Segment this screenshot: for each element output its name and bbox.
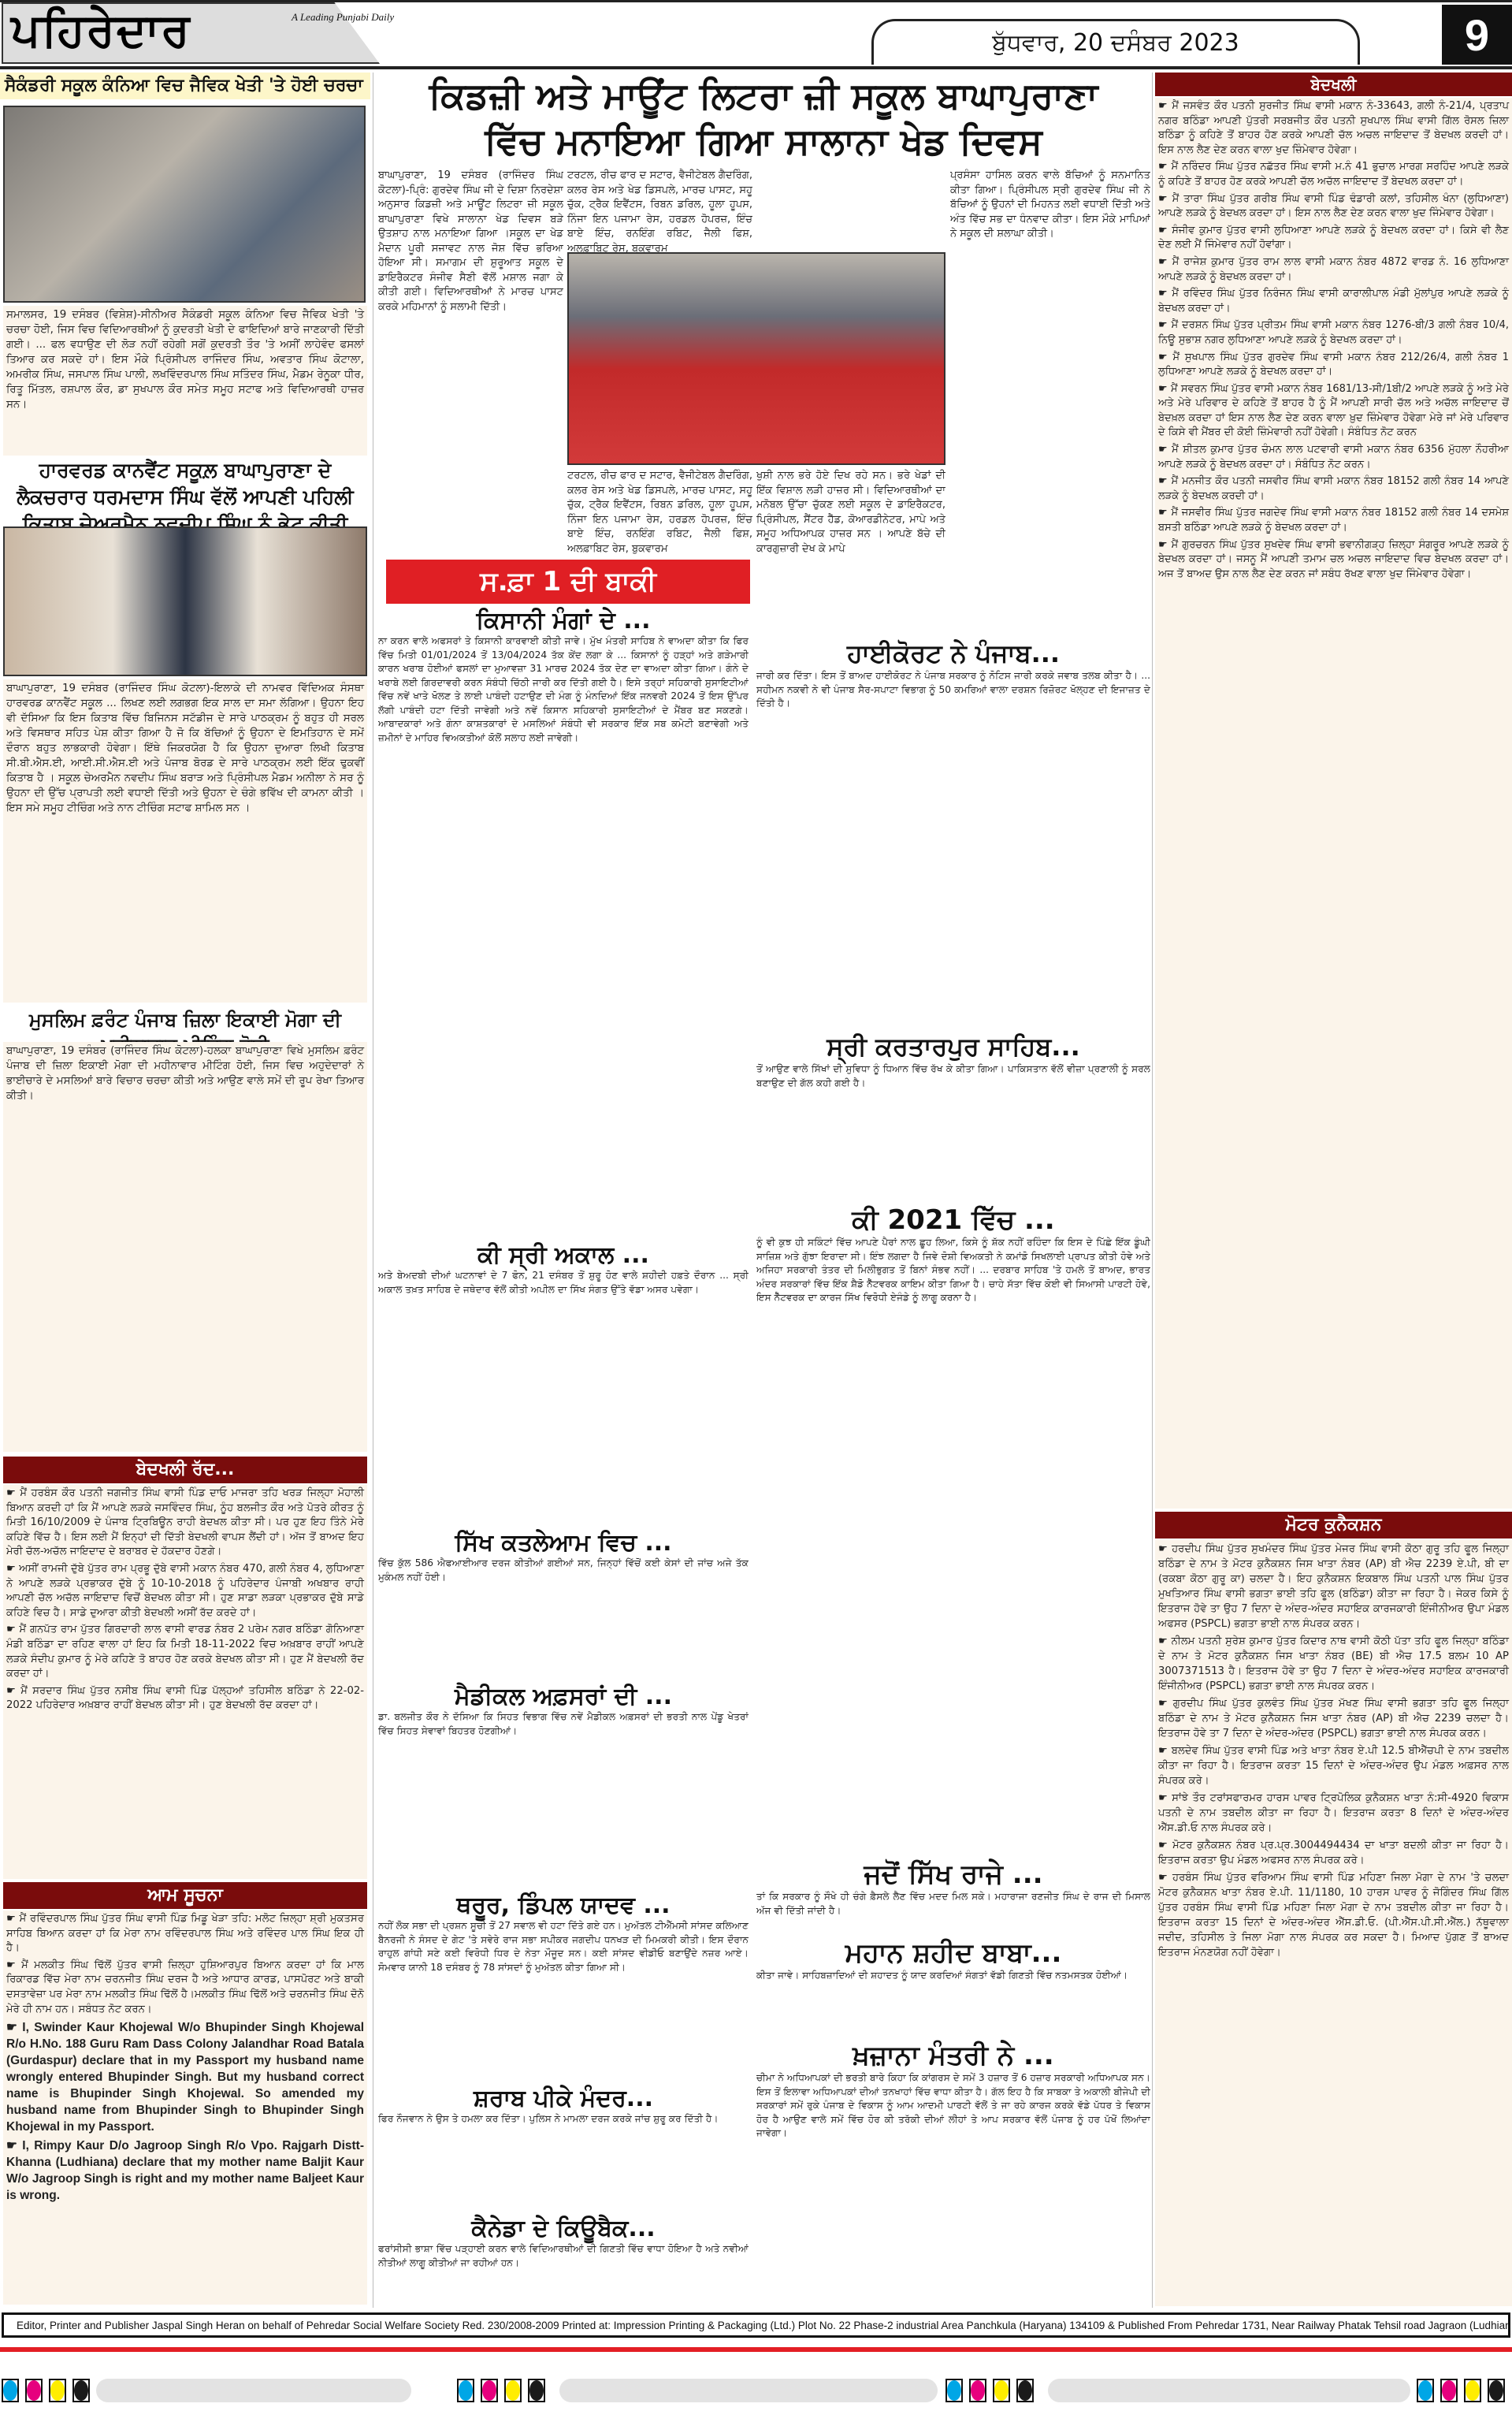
issue-date: ਬੁੱਧਵਾਰ, 20 ਦਸੰਬਰ 2023 bbox=[871, 19, 1360, 65]
continued-stories-col3: ਹਾਈਕੋਰਟ ਨੇ ਪੰਜਾਬ... ਜਾਰੀ ਕਰ ਦਿੱਤਾ। ਇਸ ਤੋ… bbox=[756, 638, 1150, 2309]
yellow-swatch-icon bbox=[504, 2379, 522, 2402]
continued-body: ਤੋਂ ਆਉਣ ਵਾਲੇ ਸਿੱਖਾਂ ਦੀ ਸੁਵਿਧਾ ਨੂੰ ਧਿਆਨ ਵ… bbox=[756, 1062, 1150, 1204]
notice-item: ☛ ਗੁਰਦੀਪ ਸਿੰਘ ਪੁੱਤਰ ਕੁਲਵੰਤ ਸਿੰਘ ਪੁੱਤਰ ਮੱ… bbox=[1158, 1696, 1509, 1741]
grey-bar bbox=[96, 2379, 411, 2402]
continued-body: ਡਾ. ਬਲਜੀਤ ਕੌਰ ਨੇ ਦੱਸਿਆ ਕਿ ਸਿਹਤ ਵਿਭਾਗ ਵਿੱ… bbox=[378, 1710, 749, 1892]
notice-item: ☛ ਮੈਂ ਜਸਵੰਤ ਕੌਰ ਪਤਨੀ ਸੁਰਜੀਤ ਸਿੰਘ ਵਾਸੀ ਮਕ… bbox=[1158, 99, 1509, 158]
photo-students-group bbox=[3, 106, 366, 303]
column-divider bbox=[373, 73, 373, 2308]
story-headline: ਹਾਰਵਰਡ ਕਾਨਵੈਂਟ ਸਕੂਲ਼ ਬਾਘਾਪੁਰਾਣਾ ਦੇ ਲੈਕਚਰ… bbox=[3, 457, 367, 537]
black-swatch-icon bbox=[1488, 2379, 1505, 2402]
notice-item: ☛ ਮੈਂ ਰਵਿੰਦਰ ਸਿੰਘ ਪੁੱਤਰ ਨਿਰੰਜਨ ਸਿੰਘ ਵਾਸੀ… bbox=[1158, 287, 1509, 316]
continued-body: ਵਿੱਚ ਕੁੱਲ 586 ਐਫਆਈਆਰ ਦਰਜ ਕੀਤੀਆਂ ਗਈਆਂ ਸਨ,… bbox=[378, 1557, 749, 1683]
yellow-swatch-icon bbox=[49, 2379, 66, 2402]
continued-headline: ਕਿਸਾਨੀ ਮੰਗਾਂ ਦੇ ... bbox=[378, 607, 749, 634]
continued-body: ਨਹੀਂ ਲੋਕ ਸਭਾ ਦੀ ਪ੍ਰਸ਼ਨ ਸੂਚੀ ਤੋਂ 27 ਸਵਾਲ … bbox=[378, 1919, 749, 2085]
notice-item: ☛ ਮੈਂ ਨਰਿੰਦਰ ਸਿੰਘ ਪੁੱਤਰ ਨਛੱਤਰ ਸਿੰਘ ਵਾਸੀ … bbox=[1158, 160, 1509, 189]
magenta-swatch-icon bbox=[1440, 2379, 1458, 2402]
cyan-swatch-icon bbox=[457, 2379, 474, 2402]
section-header-aam-suchna: ਆਮ ਸੂਚਨਾ bbox=[3, 1882, 367, 1909]
story-headline: ਸੈਕੰਡਰੀ ਸਕੂਲ ਕੰਨਿਆ ਵਿਚ ਜੈਵਿਕ ਖੇਤੀ 'ਤੇ ਹੋ… bbox=[0, 73, 370, 99]
story-organic-farming-headline-bar: ਸੈਕੰਡਰੀ ਸਕੂਲ ਕੰਨਿਆ ਵਿਚ ਜੈਵਿਕ ਖੇਤੀ 'ਤੇ ਹੋ… bbox=[0, 73, 370, 101]
notices-bedakhli: ☛ ਮੈਂ ਜਸਵੰਤ ਕੌਰ ਪਤਨੀ ਸੁਰਜੀਤ ਸਿੰਘ ਵਾਸੀ ਮਕ… bbox=[1155, 98, 1512, 1509]
continued-headline: ਜਦੋਂ ਸਿੱਖ ਰਾਜੇ ... bbox=[756, 1858, 1150, 1890]
notice-item: ☛ ਹਰਦੀਪ ਸਿੰਘ ਪੁੱਤਰ ਸੁਖਮੰਦਰ ਸਿੰਘ ਪੁੱਤਰ ਮੇ… bbox=[1158, 1542, 1509, 1632]
notices-bedakhli-radd: ☛ ਮੈਂ ਹਰਬੰਸ ਕੌਰ ਪਤਨੀ ਜਗਜੀਤ ਸਿੰਘ ਵਾਸੀ ਪਿੰ… bbox=[3, 1485, 367, 1879]
cmyk-registration-marks-left bbox=[2, 2379, 411, 2402]
magenta-swatch-icon bbox=[969, 2379, 986, 2402]
notice-item: ☛ ਸੰਜੀਵ ਕੁਮਾਰ ਪੁੱਤਰ ਵਾਸੀ ਲੁਧਿਆਣਾ ਆਪਣੇ ਲੜ… bbox=[1158, 224, 1509, 253]
continued-headline: ਖ਼ਜ਼ਾਨਾ ਮੰਤਰੀ ਨੇ ... bbox=[756, 2040, 1150, 2071]
notice-item-english: ☛ I, Swinder Kaur Khojewal W/o Bhupinder… bbox=[6, 2019, 364, 2135]
notice-item: ☛ ਮੈਂ ਸਵਰਨ ਸਿੰਘ ਪੁੱਤਰ ਵਾਸੀ ਮਕਾਨ ਨੰਬਰ 168… bbox=[1158, 382, 1509, 441]
magenta-swatch-icon bbox=[481, 2379, 498, 2402]
notice-item: ☛ ਨੀਲਮ ਪਤਨੀ ਸੁਰੇਸ਼ ਕੁਮਾਰ ਪੁੱਤਰ ਕਿਦਾਰ ਨਾਥ… bbox=[1158, 1634, 1509, 1694]
story-body: ਬਾਘਾਪੁਰਾਣਾ, 19 ਦਸੰਬਰ (ਰਾਜਿੰਦਰ ਸਿੰਘ ਕੋਟਲਾ… bbox=[3, 679, 367, 1003]
continued-body: ਚੀਮਾ ਨੇ ਅਧਿਆਪਕਾਂ ਦੀ ਭਰਤੀ ਬਾਰੇ ਕਿਹਾ ਕਿ ਕਾ… bbox=[756, 2071, 1150, 2309]
notice-item: ☛ ਹਰਬੰਸ ਸਿੰਘ ਪੁੱਤਰ ਵਰਿਆਮ ਸਿੰਘ ਵਾਸੀ ਪਿੰਡ … bbox=[1158, 1870, 1509, 1960]
black-swatch-icon bbox=[528, 2379, 545, 2402]
cmyk-registration-marks-center bbox=[457, 2379, 938, 2402]
column-divider bbox=[1152, 73, 1153, 2308]
section-header-bedakhli-radd: ਬੇਦਖਲੀ ਰੱਦ... bbox=[3, 1457, 367, 1483]
black-swatch-icon bbox=[1016, 2379, 1034, 2402]
yellow-swatch-icon bbox=[1464, 2379, 1481, 2402]
cyan-swatch-icon bbox=[2, 2379, 19, 2402]
continued-headline: ਮਹਾਨ ਸ਼ਹੀਦ ਬਾਬਾ... bbox=[756, 1937, 1150, 1969]
notice-item: ☛ ਮੈਂ ਜਸਵੀਰ ਸਿੰਘ ਪੁੱਤਰ ਜਗਦੇਵ ਸਿੰਘ ਵਾਸੀ ਮ… bbox=[1158, 506, 1509, 535]
notice-item: ☛ ਮੈਂ ਮਨਜੀਤ ਕੌਰ ਪਤਨੀ ਜਸਵੀਰ ਸਿੰਘ ਵਾਸੀ ਮਕਾ… bbox=[1158, 474, 1509, 504]
notices-motor-connection: ☛ ਹਰਦੀਪ ਸਿੰਘ ਪੁੱਤਰ ਸੁਖਮੰਦਰ ਸਿੰਘ ਪੁੱਤਰ ਮੇ… bbox=[1155, 1540, 1512, 2306]
continued-body: ਕੀਤਾ ਜਾਵੇ। ਸਾਹਿਬਜ਼ਾਦਿਆਂ ਦੀ ਸ਼ਹਾਦਤ ਨੂੰ ਯਾ… bbox=[756, 1969, 1150, 2040]
tagline: A Leading Punjabi Daily bbox=[292, 11, 394, 24]
continued-body: ਅਤੇ ਬੇਅਦਬੀ ਦੀਆਂ ਘਟਨਾਵਾਂ ਦੇ 7 ਫੋਨ, 21 ਦਸੰ… bbox=[378, 1269, 749, 1529]
lead-story-column-a: ਬਾਘਾਪੁਰਾਣਾ, 19 ਦਸੰਬਰ (ਰਾਜਿੰਦਰ ਸਿੰਘ ਕੋਟਲਾ… bbox=[378, 169, 563, 468]
continued-headline: ਥਰੂਰ, ਡਿੰਪਲ ਯਾਦਵ ... bbox=[378, 1892, 749, 1919]
notice-item: ☛ ਮੈਂ ਸ਼ੀਤਲ ਕੁਮਾਰ ਪੁੱਤਰ ਚੰਮਨ ਲਾਲ ਪਟਵਾਰੀ … bbox=[1158, 443, 1509, 472]
yellow-swatch-icon bbox=[993, 2379, 1010, 2402]
section-header-motor-connection: ਮੋਟਰ ਕੁਨੈਕਸ਼ਨ bbox=[1155, 1512, 1512, 1539]
notice-item: ☛ ਮੋਟਰ ਕੁਨੈਕਸ਼ਨ ਨੰਬਰ ਪ੍ਰ.ਪ੍ਰ.3004494434 … bbox=[1158, 1838, 1509, 1868]
story-body: ਸਮਾਲਸਰ, 19 ਦਸੰਬਰ (ਵਿਸ਼ੇਸ਼)-ਸੀਨੀਅਰ ਸੈਕੰਡਰ… bbox=[3, 306, 367, 456]
notice-item: ☛ ਮੈਂ ਸੁਖਪਾਲ ਸਿੰਘ ਪੁੱਤਰ ਗੁਰਦੇਵ ਸਿੰਘ ਵਾਸੀ… bbox=[1158, 351, 1509, 380]
section-banner-page1-continued: ਸ.ਫ਼ਾ 1 ਦੀ ਬਾਕੀ bbox=[386, 560, 750, 604]
black-swatch-icon bbox=[72, 2379, 90, 2402]
continued-body: ਜਾਰੀ ਕਰ ਦਿੱਤਾ। ਇਸ ਤੋਂ ਬਾਅਦ ਹਾਈਕੋਰਟ ਨੇ ਪੰ… bbox=[756, 669, 1150, 1032]
continued-headline: ਕੈਨੇਡਾ ਦੇ ਕਿਊਬੈਕ... bbox=[378, 2215, 749, 2242]
continued-headline: ਕੀ ਸ੍ਰੀ ਅਕਾਲ ... bbox=[378, 1241, 749, 1269]
continued-body: ਨੂੰ ਵੀ ਕੁਝ ਹੀ ਸਕਿੰਟਾਂ ਵਿੱਚ ਆਪਣੇ ਪੈਰਾਂ ਨਾ… bbox=[756, 1236, 1150, 1858]
notice-item: ☛ ਮੈਂ ਗਨਪੱਤ ਰਾਮ ਪੁੱਤਰ ਗਿਰਦਾਰੀ ਲਾਲ ਵਾਸੀ ਵ… bbox=[6, 1623, 364, 1681]
notice-item: ☛ ਮੈਂ ਸਰਦਾਰ ਸਿੰਘ ਪੁੱਤਰ ਨਸੀਬ ਸਿੰਘ ਵਾਸੀ ਪਿ… bbox=[6, 1684, 364, 1713]
newspaper-logo: ਪਹਿਰੇਦਾਰ bbox=[11, 3, 191, 58]
lead-story-column-b-cont: ਟਰਟਲ, ਰੀਚ ਫਾਰ ਦ ਸਟਾਰ, ਵੈਜੀਟੇਬਲ ਗੈਦਰਿੰਗ, … bbox=[567, 469, 752, 556]
notice-item-english: ☛ I, Rimpy Kaur D/o Jagroop Singh R/o Vp… bbox=[6, 2138, 364, 2204]
notice-item: ☛ ਮੈਂ ਤਾਰਾ ਸਿੰਘ ਪੁੱਤਰ ਗਰੀਬ ਸਿੰਘ ਵਾਸੀ ਪਿੰ… bbox=[1158, 192, 1509, 221]
lead-story-column-c: ਖੁਸ਼ੀ ਨਾਲ ਭਰੇ ਹੋਏ ਦਿਖ ਰਹੇ ਸਨ। ਭਰੇ ਖੇਡਾਂ … bbox=[756, 469, 945, 556]
photo-sports-day-students bbox=[567, 252, 945, 465]
page-number: 9 bbox=[1442, 5, 1512, 65]
notice-item: ☛ ਮੈਂ ਮਲਕੀਤ ਸਿੰਘ ਢਿੱਲੋਂ ਪੁੱਤਰ ਵਾਸੀ ਜ਼ਿਲ੍… bbox=[6, 1959, 364, 2017]
story-body: ਬਾਘਾਪੁਰਾਣਾ, 19 ਦਸੰਬਰ (ਰਾਜਿੰਦਰ ਸਿੰਘ ਕੋਟਲਾ… bbox=[3, 1042, 367, 1452]
continued-stories-col2: ਕਿਸਾਨੀ ਮੰਗਾਂ ਦੇ ... ਨਾ ਕਰਨ ਵਾਲੇ ਅਫਸਰਾਂ ਤ… bbox=[378, 607, 749, 2309]
notice-item: ☛ ਸਾਂਝੇ ਤੌਰ ਟਰਾਂਸਫਾਰਮਰ ਹਾਰਸ ਪਾਵਰ ਟ੍ਰਿਪੋਲ… bbox=[1158, 1791, 1509, 1836]
continued-headline: ਕੀ 2021 ਵਿੱਚ ... bbox=[756, 1204, 1150, 1236]
notice-item: ☛ ਮੈਂ ਹਰਬੰਸ ਕੌਰ ਪਤਨੀ ਜਗਜੀਤ ਸਿੰਘ ਵਾਸੀ ਪਿੰ… bbox=[6, 1486, 364, 1560]
notice-item: ☛ ਅਸੀਂ ਰਾਮਜੀ ਦੁੱਬੇ ਪੁੱਤਰ ਰਾਮ ਪ੍ਰਭੂ ਦੁੱਬੇ… bbox=[6, 1562, 364, 1620]
notice-item: ☛ ਮੈਂ ਰਾਜੇਸ਼ ਕੁਮਾਰ ਪੁੱਤਰ ਰਾਮ ਲਾਲ ਵਾਸੀ ਮਕ… bbox=[1158, 255, 1509, 285]
continued-body: ਫਰਾਂਸੀਸੀ ਭਾਸ਼ਾ ਵਿੱਚ ਪੜ੍ਹਾਈ ਕਰਨ ਵਾਲੇ ਵਿਦਿ… bbox=[378, 2242, 749, 2290]
cmyk-registration-marks-right bbox=[945, 2379, 1505, 2402]
imprint-footer: Editor, Printer and Publisher Jaspal Sin… bbox=[2, 2312, 1510, 2338]
continued-headline: ਸ੍ਰੀ ਕਰਤਾਰਪੁਰ ਸਾਹਿਬ... bbox=[756, 1032, 1150, 1062]
grey-bar bbox=[559, 2379, 938, 2402]
grey-bar bbox=[1048, 2379, 1410, 2402]
continued-body: ਤਾਂ ਕਿ ਸਰਕਾਰ ਨੂੰ ਸੌਖੇ ਹੀ ਚੰਗੇ ਫ਼ੈਸਲੇ ਲੈਣ… bbox=[756, 1890, 1150, 1937]
photo-book-presentation bbox=[3, 526, 367, 676]
continued-headline: ਹਾਈਕੋਰਟ ਨੇ ਪੰਜਾਬ... bbox=[756, 638, 1150, 669]
magenta-swatch-icon bbox=[25, 2379, 43, 2402]
continued-headline: ਸਿੱਖ ਕਤਲੇਆਮ ਵਿਚ ... bbox=[378, 1529, 749, 1557]
notices-aam-suchna: ☛ ਮੈਂ ਰਵਿੰਦਰਪਾਲ ਸਿੰਘ ਪੁੱਤਰ ਸਿੰਘ ਵਾਸੀ ਪਿੰ… bbox=[3, 1911, 367, 2305]
continued-body: ਨਾ ਕਰਨ ਵਾਲੇ ਅਫਸਰਾਂ ਤੇ ਕਿਸਾਨੀ ਕਾਰਵਾਈ ਕੀਤੀ… bbox=[378, 634, 749, 1241]
continued-headline: ਮੈਡੀਕਲ ਅਫ਼ਸਰਾਂ ਦੀ ... bbox=[378, 1683, 749, 1710]
notice-item: ☛ ਬਲਦੇਵ ਸਿੰਘ ਪੁੱਤਰ ਵਾਸੀ ਪਿੰਡ ਅਤੇ ਖਾਤਾ ਨੰ… bbox=[1158, 1743, 1509, 1788]
continued-headline: ਸ਼ਰਾਬ ਪੀਕੇ ਮੰਦਰ... bbox=[378, 2085, 749, 2112]
continued-body: ਫਿਰ ਨੌਜਵਾਨ ਨੇ ਉਸ ਤੇ ਹਮਲਾ ਕਰ ਦਿੱਤਾ। ਪੁਲਿਸ… bbox=[378, 2112, 749, 2215]
notice-item: ☛ ਮੈਂ ਗੁਰਚਰਨ ਸਿੰਘ ਪੁੱਤਰ ਸੁਖਦੇਵ ਸਿੰਘ ਵਾਸੀ… bbox=[1158, 538, 1509, 582]
cyan-swatch-icon bbox=[945, 2379, 963, 2402]
notice-item: ☛ ਮੈਂ ਦਰਸ਼ਨ ਸਿੰਘ ਪੁੱਤਰ ਪ੍ਰੀਤਮ ਸਿੰਘ ਵਾਸੀ … bbox=[1158, 318, 1509, 348]
notice-item: ☛ ਮੈਂ ਰਵਿੰਦਰਪਾਲ ਸਿੰਘ ਪੁੱਤਰ ਸਿੰਘ ਵਾਸੀ ਪਿੰ… bbox=[6, 1912, 364, 1956]
section-header-bedakhli: ਬੇਦਖਲੀ bbox=[1155, 73, 1512, 96]
lead-headline: ਕਿਡਜ਼ੀ ਅਤੇ ਮਾਊਂਟ ਲਿਟਰਾ ਜ਼ੀ ਸਕੂਲ ਬਾਘਾਪੁਰਾ… bbox=[377, 73, 1150, 164]
red-rule bbox=[0, 2347, 1512, 2352]
cyan-swatch-icon bbox=[1417, 2379, 1434, 2402]
